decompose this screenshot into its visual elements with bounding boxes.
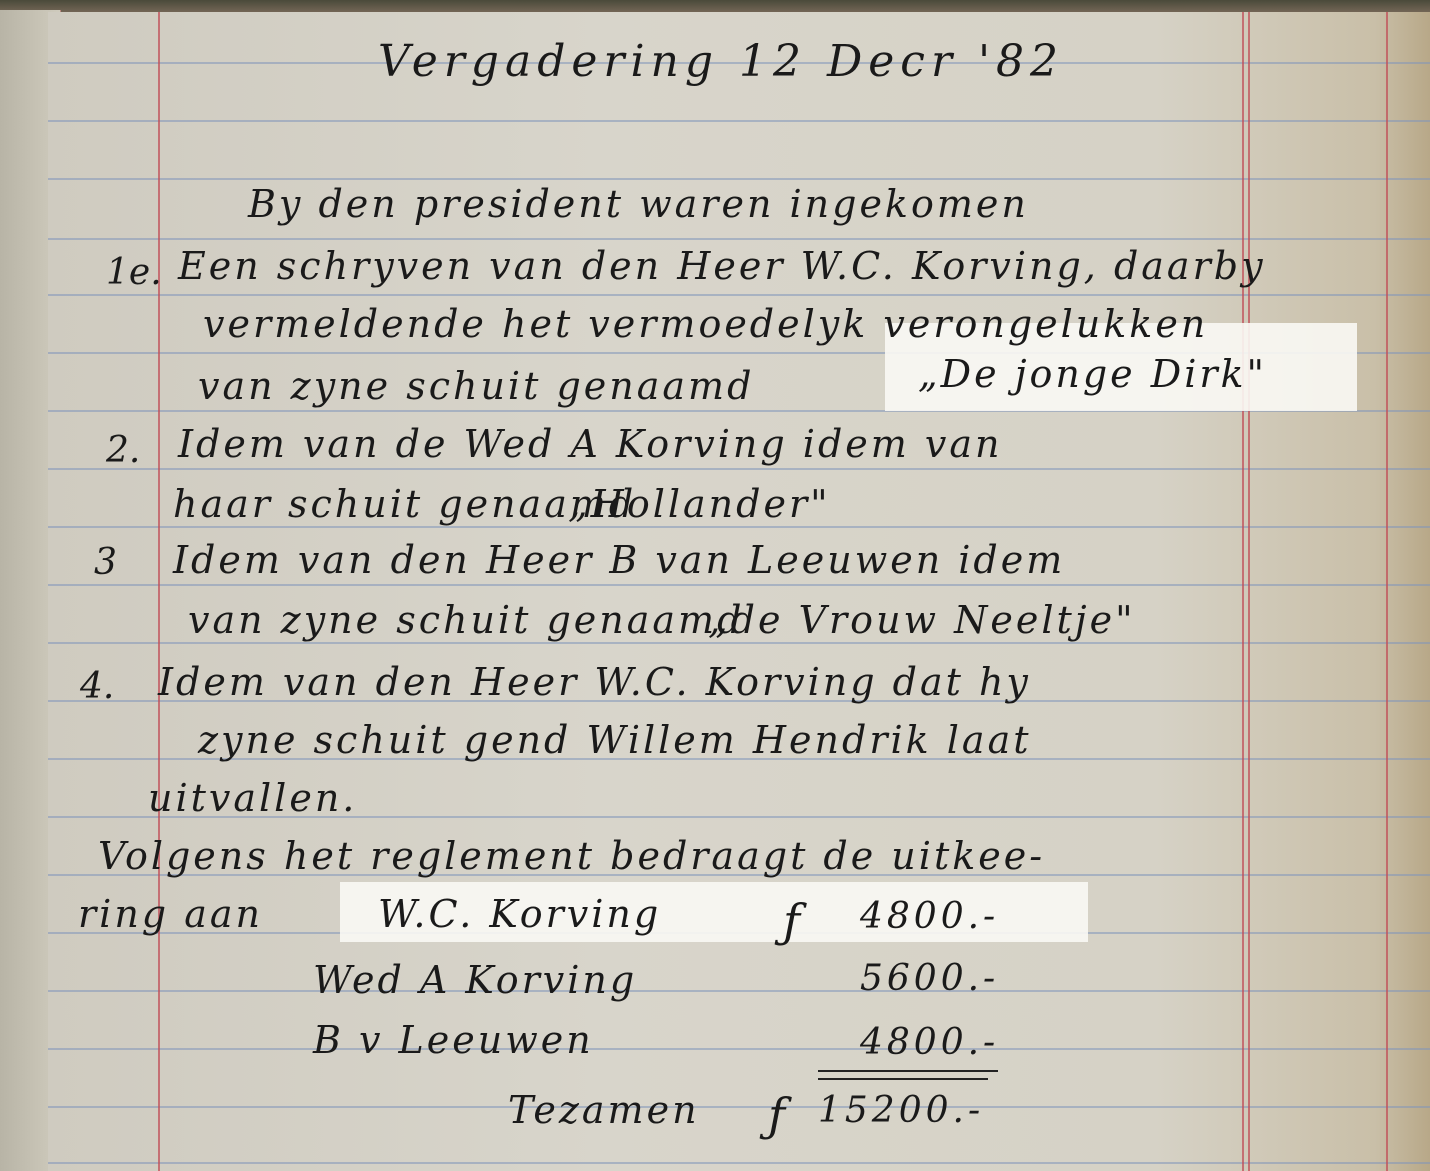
- ship-name: „de Vrouw Neeltje": [708, 598, 1136, 642]
- ship-name: „De jonge Dirk": [918, 352, 1267, 396]
- intro-line: By den president waren ingekomen: [248, 182, 1029, 226]
- sum-rule: [818, 1070, 998, 1072]
- margin-line-right-1: [1242, 12, 1244, 1171]
- closing-line: Volgens het reglement bedraagt de uitkee…: [98, 834, 1045, 878]
- ship-name: „Hollander": [568, 482, 831, 526]
- item-line: haar schuit genaamd: [173, 482, 636, 526]
- ruled-line: [48, 584, 1430, 586]
- payout-name: W.C. Korving: [378, 892, 661, 936]
- item-number: 3: [94, 542, 117, 583]
- ruled-line: [48, 178, 1430, 180]
- closing-line: ring aan: [78, 892, 263, 936]
- payout-name: Wed A Korving: [313, 958, 637, 1002]
- payout-amount: 4800.-: [860, 1022, 999, 1063]
- item-line: zyne schuit gend Willem Hendrik laat: [198, 718, 1032, 762]
- ruled-line: [48, 1106, 1430, 1108]
- item-number: 2.: [106, 430, 140, 471]
- ruled-line: [48, 1162, 1430, 1164]
- item-line: Idem van den Heer W.C. Korving dat hy: [158, 660, 1031, 704]
- ruled-line: [48, 1048, 1430, 1050]
- sum-rule: [818, 1078, 988, 1080]
- page-title: Vergadering 12 Decr '82: [378, 36, 1064, 87]
- item-number: 4.: [80, 666, 114, 707]
- margin-line-left: [158, 12, 160, 1171]
- item-number: 1e.: [106, 252, 162, 293]
- payout-name: B v Leeuwen: [313, 1018, 594, 1062]
- margin-line-right-2: [1248, 12, 1250, 1171]
- total-label: Tezamen: [508, 1088, 700, 1132]
- item-line: van zyne schuit genaamd: [188, 598, 744, 642]
- total-amount: 15200.-: [818, 1090, 984, 1131]
- ruled-line: [48, 990, 1430, 992]
- item-line: Idem van den Heer B van Leeuwen idem: [173, 538, 1065, 582]
- currency-symbol: ƒ: [783, 894, 804, 948]
- ruled-line: [48, 120, 1430, 122]
- item-line: van zyne schuit genaamd: [198, 364, 754, 408]
- ruled-line: [48, 642, 1430, 644]
- margin-line-outer: [1386, 12, 1388, 1171]
- ruled-line: [48, 526, 1430, 528]
- item-line: uitvallen.: [148, 776, 357, 820]
- currency-symbol: ƒ: [768, 1088, 789, 1142]
- payout-amount: 5600.-: [860, 958, 999, 999]
- ruled-line: [48, 468, 1430, 470]
- payout-amount: 4800.-: [860, 896, 999, 937]
- ruled-line: [48, 238, 1430, 240]
- item-line: Idem van de Wed A Korving idem van: [178, 422, 1002, 466]
- item-line: Een schryven van den Heer W.C. Korving, …: [178, 244, 1266, 288]
- ruled-line: [48, 294, 1430, 296]
- item-line: vermeldende het vermoedelyk verongelukke…: [203, 302, 1208, 346]
- ledger-page: / Vergadering 12 Decr '82 By den preside…: [48, 12, 1430, 1171]
